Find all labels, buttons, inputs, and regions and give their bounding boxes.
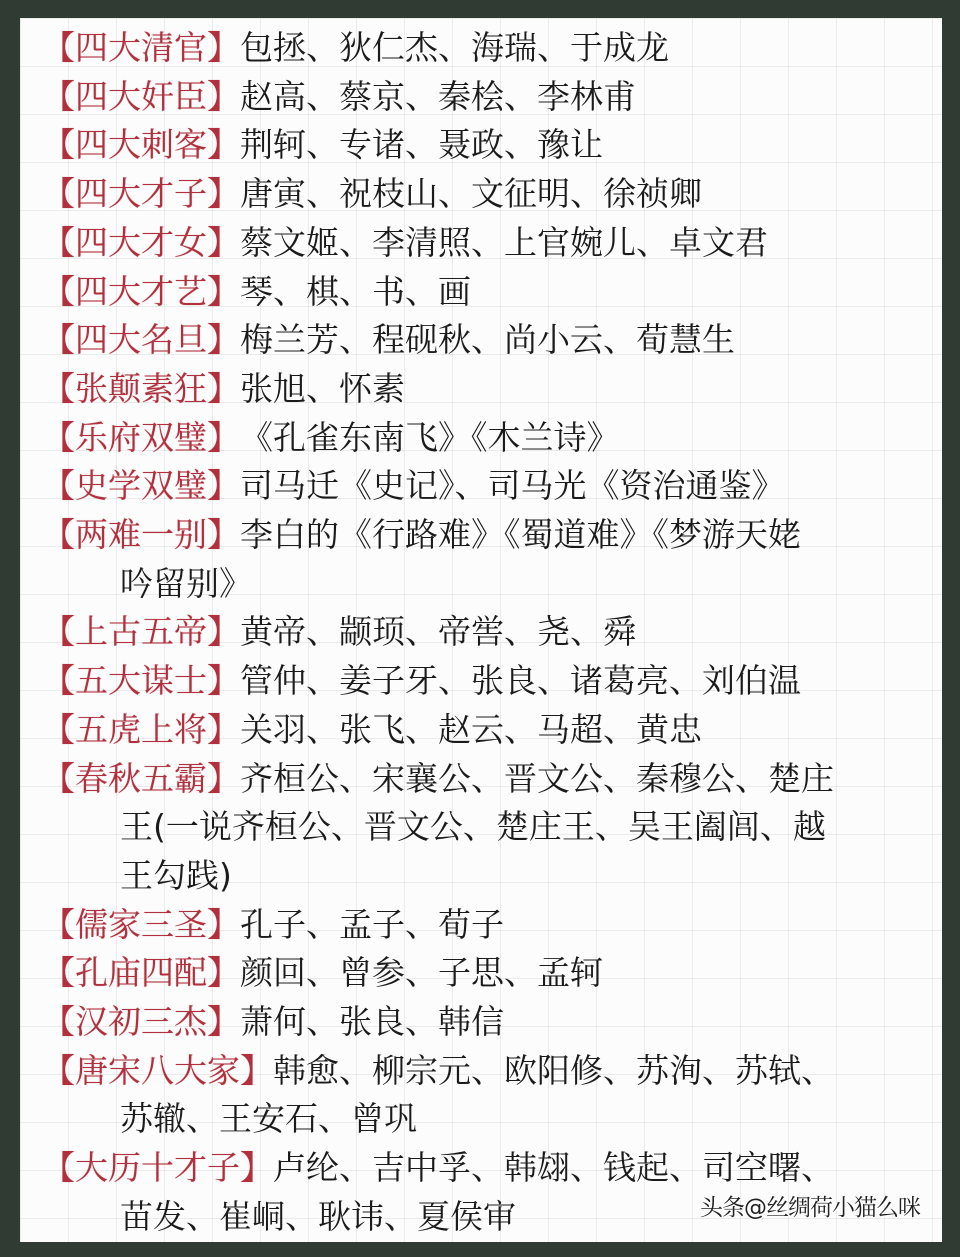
document-card: 【四大清官】包拯、狄仁杰、海瑞、于成龙【四大奸臣】赵高、蔡京、秦桧、李林甫【四大… — [20, 18, 942, 1242]
list-item: 【四大刺客】荆轲、专诸、聂政、豫让 — [42, 121, 922, 170]
entry-content: 齐桓公、宋襄公、晋文公、秦穆公、楚庄 — [240, 755, 922, 804]
entry-content: 包拯、狄仁杰、海瑞、于成龙 — [240, 24, 922, 73]
list-item: 【四大才艺】琴、棋、书、画 — [42, 268, 922, 317]
entry-content: 韩愈、柳宗元、欧阳修、苏洵、苏轼、 — [273, 1047, 922, 1096]
entry-content: 关羽、张飞、赵云、马超、黄忠 — [240, 706, 922, 755]
entry-label: 【春秋五霸】 — [42, 755, 240, 804]
list-item: 【乐府双璧】《孔雀东南飞》《木兰诗》 — [42, 414, 922, 463]
entry-label: 【四大名旦】 — [42, 316, 240, 365]
list-item: 【五虎上将】关羽、张飞、赵云、马超、黄忠 — [42, 706, 922, 755]
entry-content: 管仲、姜子牙、张良、诸葛亮、刘伯温 — [240, 657, 922, 706]
entry-content: 荆轲、专诸、聂政、豫让 — [240, 121, 922, 170]
entry-content: 《孔雀东南飞》《木兰诗》 — [240, 414, 922, 463]
list-item: 【五大谋士】管仲、姜子牙、张良、诸葛亮、刘伯温 — [42, 657, 922, 706]
entry-label: 【四大才子】 — [42, 170, 240, 219]
entry-label: 【张颠素狂】 — [42, 365, 240, 414]
entry-content: 赵高、蔡京、秦桧、李林甫 — [240, 73, 922, 122]
list-item: 【四大名旦】梅兰芳、程砚秋、尚小云、荀慧生 — [42, 316, 922, 365]
list-item: 【四大奸臣】赵高、蔡京、秦桧、李林甫 — [42, 73, 922, 122]
entry-continuation-line: 吟留别》 — [42, 560, 922, 609]
list-item: 【史学双璧】司马迁《史记》、司马光《资治通鉴》 — [42, 462, 922, 511]
entry-label: 【上古五帝】 — [42, 608, 240, 657]
list-item: 【四大才女】蔡文姬、李清照、上官婉儿、卓文君 — [42, 219, 922, 268]
entry-content: 萧何、张良、韩信 — [240, 998, 922, 1047]
entry-continuation-line: 王勾践) — [42, 852, 922, 901]
entry-content: 张旭、怀素 — [240, 365, 922, 414]
entry-content: 蔡文姬、李清照、上官婉儿、卓文君 — [240, 219, 922, 268]
list-item: 【春秋五霸】齐桓公、宋襄公、晋文公、秦穆公、楚庄 — [42, 755, 922, 804]
list-item: 【张颠素狂】张旭、怀素 — [42, 365, 922, 414]
entry-content: 梅兰芳、程砚秋、尚小云、荀慧生 — [240, 316, 922, 365]
entry-label: 【孔庙四配】 — [42, 949, 240, 998]
entry-label: 【四大才艺】 — [42, 268, 240, 317]
entry-label: 【两难一别】 — [42, 511, 240, 560]
list-item: 【唐宋八大家】韩愈、柳宗元、欧阳修、苏洵、苏轼、 — [42, 1047, 922, 1096]
entry-continuation-line: 王(一说齐桓公、晋文公、楚庄王、吴王阖闾、越 — [42, 803, 922, 852]
entry-list: 【四大清官】包拯、狄仁杰、海瑞、于成龙【四大奸臣】赵高、蔡京、秦桧、李林甫【四大… — [42, 24, 922, 1242]
entry-label: 【四大清官】 — [42, 24, 240, 73]
entry-content: 司马迁《史记》、司马光《资治通鉴》 — [240, 462, 922, 511]
entry-label: 【史学双璧】 — [42, 462, 240, 511]
entry-label: 【四大才女】 — [42, 219, 240, 268]
list-item: 【大历十才子】卢纶、吉中孚、韩翃、钱起、司空曙、 — [42, 1144, 922, 1193]
entry-label: 【五虎上将】 — [42, 706, 240, 755]
list-item: 【儒家三圣】孔子、孟子、荀子 — [42, 901, 922, 950]
list-item: 【四大清官】包拯、狄仁杰、海瑞、于成龙 — [42, 24, 922, 73]
entry-label: 【汉初三杰】 — [42, 998, 240, 1047]
list-item: 【四大才子】唐寅、祝枝山、文征明、徐祯卿 — [42, 170, 922, 219]
entry-continuation-line: 苏辙、王安石、曾巩 — [42, 1095, 922, 1144]
entry-content: 颜回、曾参、子思、孟轲 — [240, 949, 922, 998]
watermark: 头条@丝绸荷小猫么咪 — [700, 1189, 920, 1222]
list-item: 【汉初三杰】萧何、张良、韩信 — [42, 998, 922, 1047]
list-item: 【孔庙四配】颜回、曾参、子思、孟轲 — [42, 949, 922, 998]
entry-content: 琴、棋、书、画 — [240, 268, 922, 317]
list-item: 【上古五帝】黄帝、颛顼、帝喾、尧、舜 — [42, 608, 922, 657]
entry-label: 【大历十才子】 — [42, 1144, 273, 1193]
entry-content: 李白的《行路难》《蜀道难》《梦游天姥 — [240, 511, 922, 560]
entry-label: 【儒家三圣】 — [42, 901, 240, 950]
entry-label: 【乐府双璧】 — [42, 414, 240, 463]
entry-content: 唐寅、祝枝山、文征明、徐祯卿 — [240, 170, 922, 219]
list-item: 【两难一别】李白的《行路难》《蜀道难》《梦游天姥 — [42, 511, 922, 560]
entry-content: 卢纶、吉中孚、韩翃、钱起、司空曙、 — [273, 1144, 922, 1193]
entry-content: 黄帝、颛顼、帝喾、尧、舜 — [240, 608, 922, 657]
entry-label: 【五大谋士】 — [42, 657, 240, 706]
entry-label: 【四大奸臣】 — [42, 73, 240, 122]
entry-label: 【四大刺客】 — [42, 121, 240, 170]
entry-content: 孔子、孟子、荀子 — [240, 901, 922, 950]
entry-label: 【唐宋八大家】 — [42, 1047, 273, 1096]
